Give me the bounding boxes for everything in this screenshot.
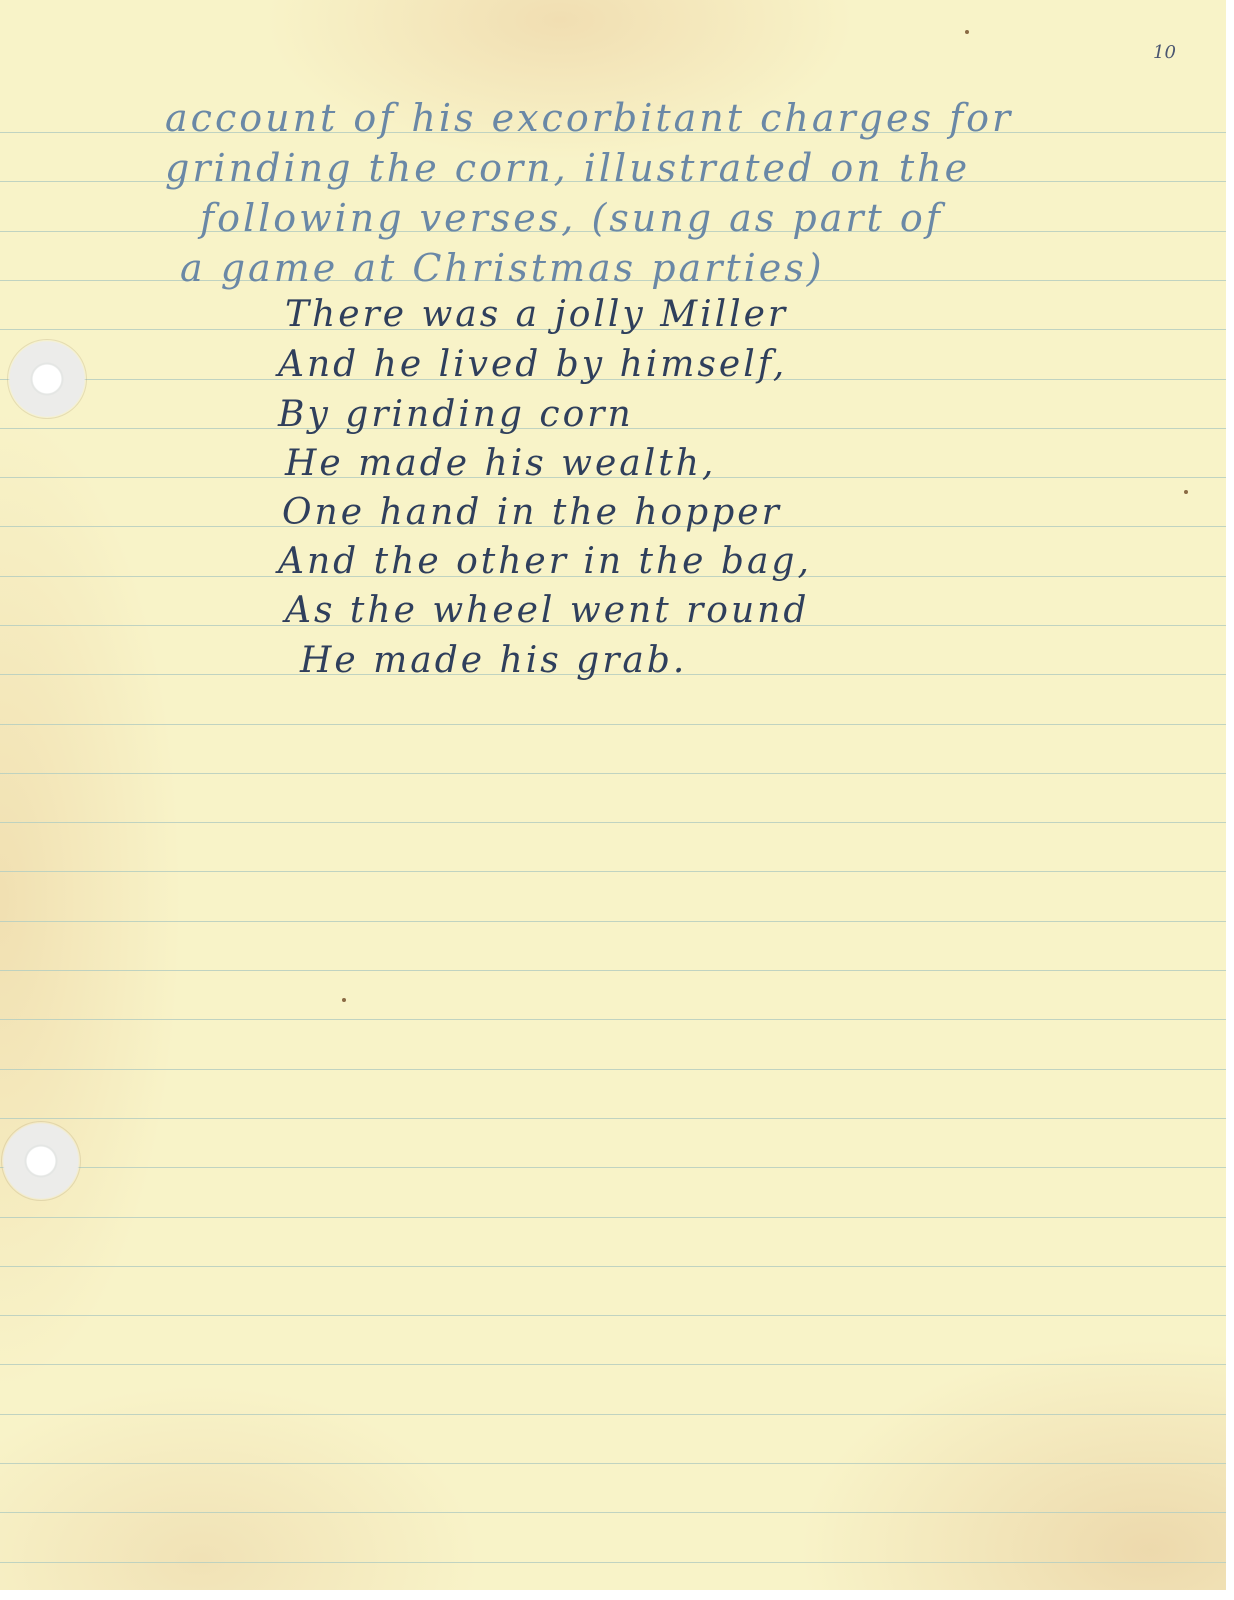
verse-line: And he lived by himself,	[278, 344, 787, 385]
verse-line: By grinding corn	[278, 394, 634, 435]
ruled-line	[0, 1463, 1226, 1464]
punch-hole-top	[8, 340, 86, 418]
ruled-line	[0, 724, 1226, 725]
ruled-line	[0, 970, 1226, 971]
verse-line: There was a jolly Miller	[285, 294, 788, 335]
verse-line: One hand in the hopper	[282, 492, 782, 533]
ruled-line	[0, 1266, 1226, 1267]
ruled-line	[0, 822, 1226, 823]
ruled-line	[0, 1512, 1226, 1513]
ruled-line	[0, 1562, 1226, 1563]
intro-line: following verses, (sung as part of	[200, 196, 943, 240]
verse-line: He made his wealth,	[285, 443, 716, 484]
ruled-line	[0, 1414, 1226, 1415]
intro-line: grinding the corn, illustrated on the	[165, 146, 970, 190]
paper-speck	[342, 998, 346, 1002]
notebook-page: 10 account of his excorbitant charges fo…	[0, 0, 1226, 1590]
ruled-line	[0, 921, 1226, 922]
punch-hole-bottom	[2, 1122, 80, 1200]
ruled-line	[0, 1019, 1226, 1020]
intro-line: account of his excorbitant charges for	[165, 96, 1013, 140]
intro-line: a game at Christmas parties)	[180, 246, 825, 290]
ruled-line	[0, 773, 1226, 774]
ruled-line	[0, 1118, 1226, 1119]
paper-speck	[1184, 490, 1188, 494]
page-number: 10	[1153, 42, 1176, 63]
ruled-line	[0, 1217, 1226, 1218]
ruled-line	[0, 1364, 1226, 1365]
ruled-line	[0, 871, 1226, 872]
ruled-line	[0, 1069, 1226, 1070]
verse-line: As the wheel went round	[285, 590, 809, 631]
ruled-line	[0, 1315, 1226, 1316]
verse-line: And the other in the bag,	[278, 541, 812, 582]
verse-line: He made his grab.	[300, 640, 687, 681]
paper-speck	[965, 30, 969, 34]
ruled-line	[0, 1167, 1226, 1168]
